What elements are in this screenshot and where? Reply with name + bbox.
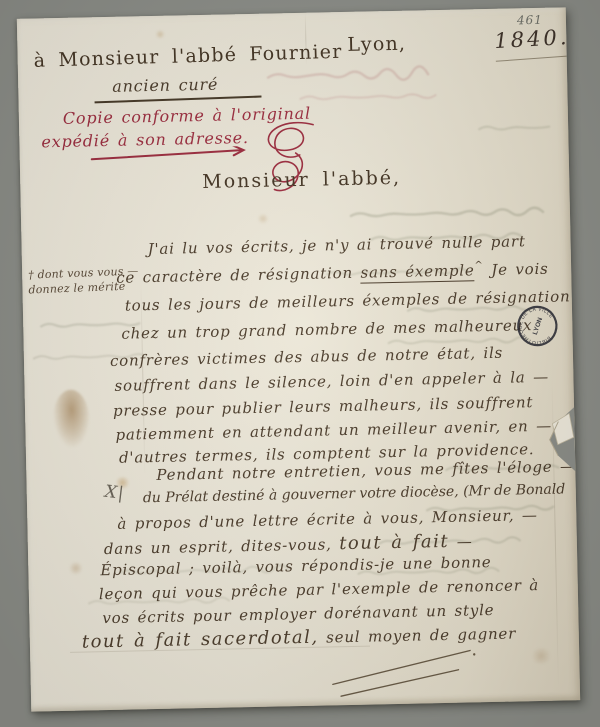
- underlined-phrase: sans éxemple: [360, 261, 474, 283]
- year-annotation: 1840.: [494, 25, 570, 53]
- margin-x-mark: X|: [104, 482, 126, 504]
- scanned-letter-scene: 461 1840. à Monsieur l'abbé Fournier Lyo…: [0, 0, 600, 727]
- insertion-caret: ^: [474, 260, 483, 271]
- body-line-segment: Je vois: [484, 260, 549, 279]
- stamp-center-text: LYON: [532, 316, 544, 335]
- body-line-segment: —: [449, 532, 473, 550]
- letter-page: 461 1840. à Monsieur l'abbé Fournier Lyo…: [17, 7, 580, 711]
- place-name: Lyon,: [347, 33, 406, 56]
- closing-flourish: [308, 637, 494, 703]
- recipient-subtitle: ancien curé: [112, 75, 218, 96]
- emphasized-phrase: tout à fait: [339, 531, 449, 554]
- body-line-segment: dans un esprit, dites-vous,: [104, 535, 340, 558]
- archive-folio-number: 461: [517, 13, 543, 28]
- salutation: Monsieur l'abbé,: [202, 167, 401, 193]
- paper-tear: [524, 403, 575, 476]
